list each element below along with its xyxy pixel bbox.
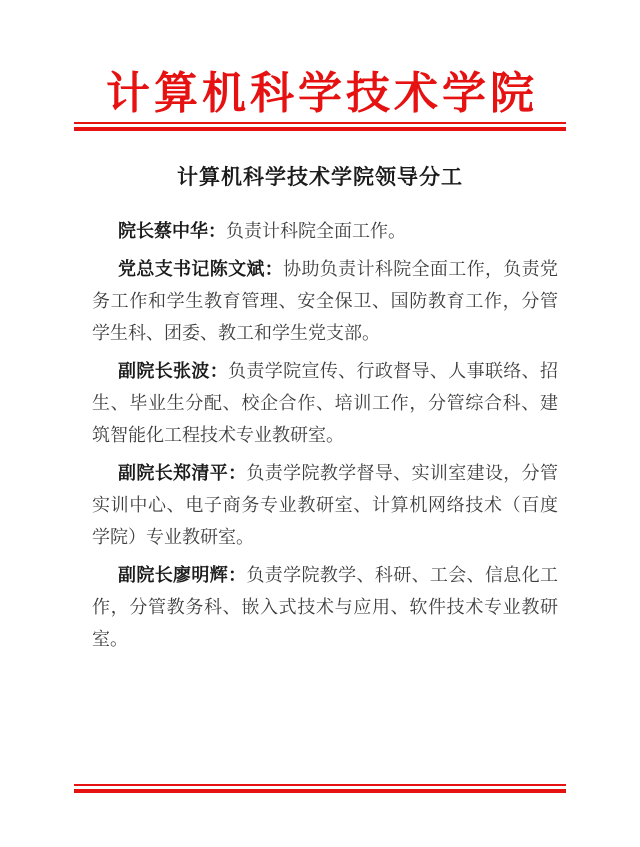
paragraph-vice-dean-liao-minghui: 副院长廖明辉：负责学院教学、科研、工会、信息化工作，分管教务科、嵌入式技术与应用… [92, 559, 558, 655]
role-label-vice-dean-zheng-qingping: 副院长郑清平： [118, 463, 246, 483]
paragraph-vice-dean-zheng-qingping: 副院长郑清平：负责学院教学督导、实训室建设，分管实训中心、电子商务专业教研室、计… [92, 457, 558, 553]
role-label-vice-dean-liao-minghui: 副院长廖明辉： [118, 565, 246, 585]
role-duties-dean: 负责计科院全面工作。 [226, 221, 406, 241]
role-label-party-branch-secretary: 党总支书记陈文斌： [118, 259, 283, 279]
role-label-vice-dean-zhang-bo: 副院长张波： [118, 361, 228, 381]
paragraph-vice-dean-zhang-bo: 副院长张波：负责学院宣传、行政督导、人事联络、招生、毕业生分配、校企合作、培训工… [92, 355, 558, 451]
masthead-double-rule [74, 122, 566, 131]
paragraph-party-branch-secretary: 党总支书记陈文斌：协助负责计科院全面工作，负责党务工作和学生教育管理、安全保卫、… [92, 253, 558, 349]
role-label-dean: 院长蔡中华： [118, 221, 226, 241]
footer-double-rule [74, 784, 566, 793]
document-title: 计算机科学技术学院领导分工 [0, 164, 640, 191]
document-body: 院长蔡中华：负责计科院全面工作。 党总支书记陈文斌：协助负责计科院全面工作，负责… [92, 215, 558, 661]
document-page: 计算机科学技术学院 计算机科学技术学院领导分工 院长蔡中华：负责计科院全面工作。… [0, 0, 640, 847]
college-masthead-title: 计算机科学技术学院 [0, 70, 640, 118]
paragraph-dean: 院长蔡中华：负责计科院全面工作。 [92, 215, 558, 247]
